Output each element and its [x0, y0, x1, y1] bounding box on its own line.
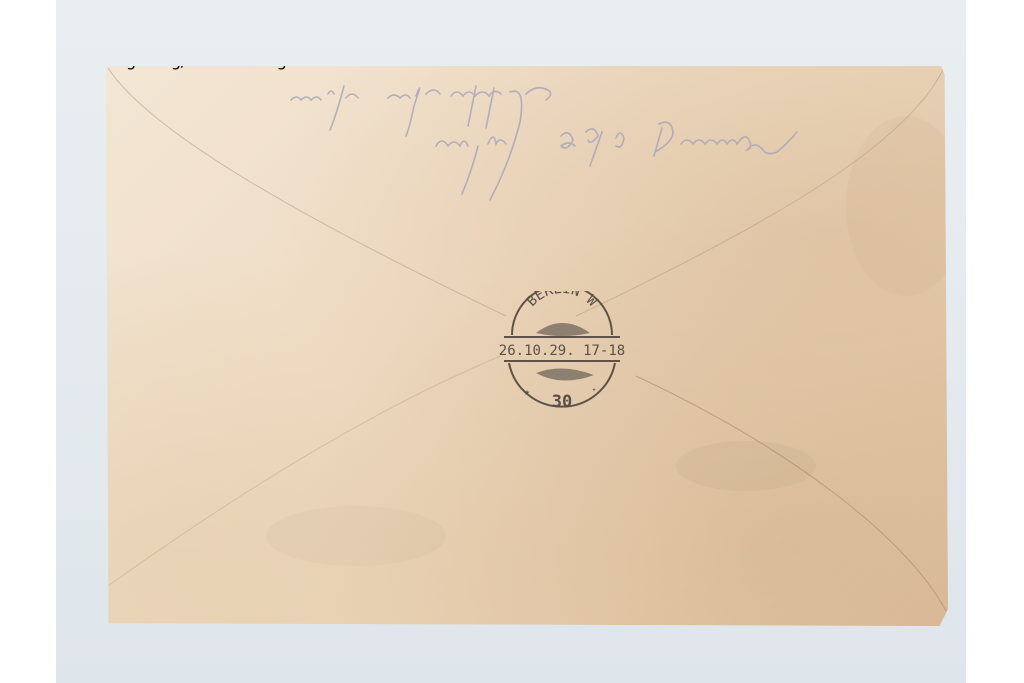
- postmark-district: 30: [552, 392, 572, 412]
- mark-icon: ᐩ: [592, 387, 596, 398]
- photo-background: nicht angetroffen angel. 26/10 Dornberg …: [56, 0, 966, 683]
- star-icon: ★: [524, 387, 530, 398]
- postmark-date: 26.10.29. 17-18: [499, 343, 625, 359]
- leaf-ornament-icon: [536, 323, 590, 336]
- leaf-ornament-icon: [536, 368, 594, 380]
- envelope-back: nicht angetroffen angel. 26/10 Dornberg …: [106, 66, 948, 626]
- postmark-city: BERLIN W: [524, 291, 601, 310]
- svg-text:BERLIN W: BERLIN W: [524, 291, 601, 310]
- handwriting-line-2: angel. 26/10 Dornberg: [106, 66, 287, 70]
- berlin-postmark: BERLIN W 26.10.29. 17-18 30 ★ ᐩ: [494, 291, 630, 419]
